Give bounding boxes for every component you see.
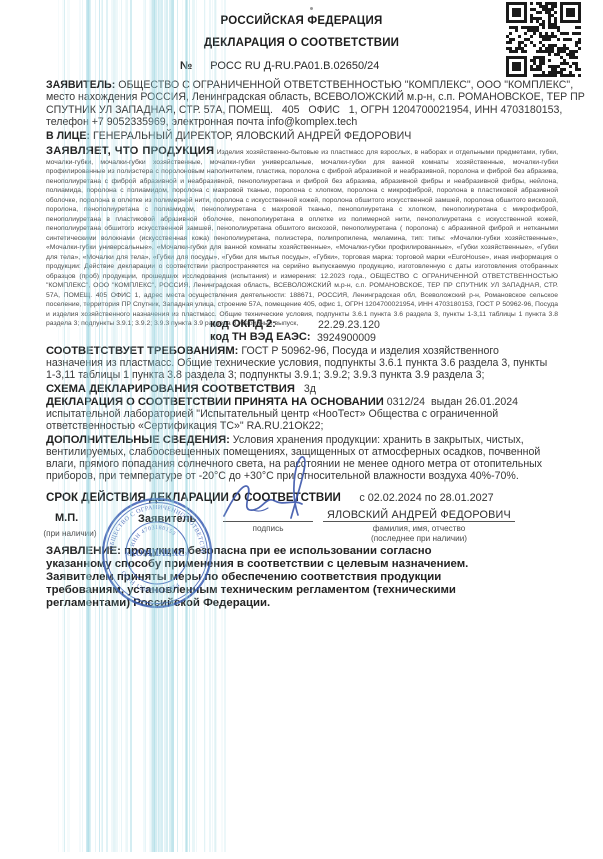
okpd-value: 22.29.23.120 xyxy=(318,319,380,331)
requirements-label: СООТВЕТСТВУЕТ ТРЕБОВАНИЯМ: xyxy=(46,345,238,357)
tnved-label: код ТН ВЭД ЕАЭС: xyxy=(210,331,311,343)
applicant-label: ЗАЯВИТЕЛЬ: xyxy=(46,79,115,91)
stamp-inner-text: ИНН 4703180153 xyxy=(130,525,177,548)
scheme-line: СХЕМА ДЕКЛАРИРОВАНИЯ СООТВЕТСТВИЯ 3д xyxy=(46,383,548,395)
scan-dot xyxy=(310,7,313,10)
scheme-value: 3д xyxy=(304,383,316,395)
person-label: В ЛИЦЕ: xyxy=(46,130,90,142)
signature xyxy=(208,452,333,524)
signatory-name: ЯЛОВСКИЙ АНДРЕЙ ФЕДОРОВИЧ xyxy=(327,509,511,521)
country-title: РОССИЙСКАЯ ФЕДЕРАЦИЯ xyxy=(0,15,603,27)
basis-label: ДЕКЛАРАЦИЯ О СООТВЕТСТВИИ ПРИНЯТА НА ОСН… xyxy=(46,396,384,408)
declares-label: ЗАЯВЛЯЕТ, ЧТО ПРОДУКЦИЯ xyxy=(46,145,214,157)
name-caption-2: (последнее при наличии) xyxy=(323,534,515,543)
requirements-paragraph: СООТВЕТСТВУЕТ ТРЕБОВАНИЯМ: ГОСТ Р 50962-… xyxy=(46,345,548,381)
name-caption: фамилия, имя, отчество xyxy=(323,524,515,533)
doc-title: ДЕКЛАРАЦИЯ О СООТВЕТСТВИИ xyxy=(0,37,603,49)
mp-note: (при наличии) xyxy=(40,529,100,538)
applicant-text: ОБЩЕСТВО С ОГРАНИЧЕННОЙ ОТВЕТСТВЕННОСТЬЮ… xyxy=(46,79,585,128)
declaration-document: РОССИЙСКАЯ ФЕДЕРАЦИЯ ДЕКЛАРАЦИЯ О СООТВЕ… xyxy=(0,0,603,859)
tnved-value: 3924900009 xyxy=(317,332,376,344)
declaration-number-line: №РОСС RU Д-RU.РА01.В.02650/24 xyxy=(180,60,379,72)
product-paragraph: ЗАЯВЛЯЕТ, ЧТО ПРОДУКЦИЯ Изделия хозяйств… xyxy=(46,147,558,329)
basis-paragraph: ДЕКЛАРАЦИЯ О СООТВЕТСТВИИ ПРИНЯТА НА ОСН… xyxy=(46,396,548,432)
stamp-center-text: «КОМПЛЕКС» xyxy=(125,548,190,558)
additional-label: ДОПОЛНИТЕЛЬНЫЕ СВЕДЕНИЯ: xyxy=(46,434,230,446)
stamp-ring-bottom-text: ОГРН 1204700021954 xyxy=(119,570,181,595)
scheme-label: СХЕМА ДЕКЛАРИРОВАНИЯ СООТВЕТСТВИЯ xyxy=(46,383,295,395)
person-text: ГЕНЕРАЛЬНЫЙ ДИРЕКТОР, ЯЛОВСКИЙ АНДРЕЙ ФЕ… xyxy=(93,130,411,142)
company-stamp: ОБЩЕСТВО С ОГРАНИЧЕННОЙ ОТВЕТСТВЕННОСТЬЮ… xyxy=(100,496,214,610)
signature-caption: подпись xyxy=(223,524,313,533)
declaration-number: РОСС RU Д-RU.РА01.В.02650/24 xyxy=(210,60,379,72)
okpd-label: код ОКПД 2: xyxy=(210,318,276,330)
validity-dates: с 02.02.2024 по 28.01.2027 xyxy=(359,492,493,504)
svg-text:ОБЩЕСТВО С ОГРАНИЧЕННОЙ ОТВЕТС: ОБЩЕСТВО С ОГРАНИЧЕННОЙ ОТВЕТСТВЕННОСТЬЮ xyxy=(100,496,205,554)
svg-text:ОГРН 1204700021954: ОГРН 1204700021954 xyxy=(119,570,181,595)
name-line xyxy=(323,521,515,522)
svg-text:ИНН 4703180153: ИНН 4703180153 xyxy=(130,525,177,548)
applicant-paragraph: ЗАЯВИТЕЛЬ: ОБЩЕСТВО С ОГРАНИЧЕННОЙ ОТВЕТ… xyxy=(46,79,595,128)
number-sign: № xyxy=(180,60,192,72)
person-paragraph: В ЛИЦЕ: ГЕНЕРАЛЬНЫЙ ДИРЕКТОР, ЯЛОВСКИЙ А… xyxy=(46,130,595,142)
mp-label: М.П. xyxy=(55,512,78,524)
product-description: Изделия хозяйственно-бытовые из пластмас… xyxy=(46,149,558,327)
stamp-ring-top-text: ОБЩЕСТВО С ОГРАНИЧЕННОЙ ОТВЕТСТВЕННОСТЬЮ xyxy=(100,496,205,554)
